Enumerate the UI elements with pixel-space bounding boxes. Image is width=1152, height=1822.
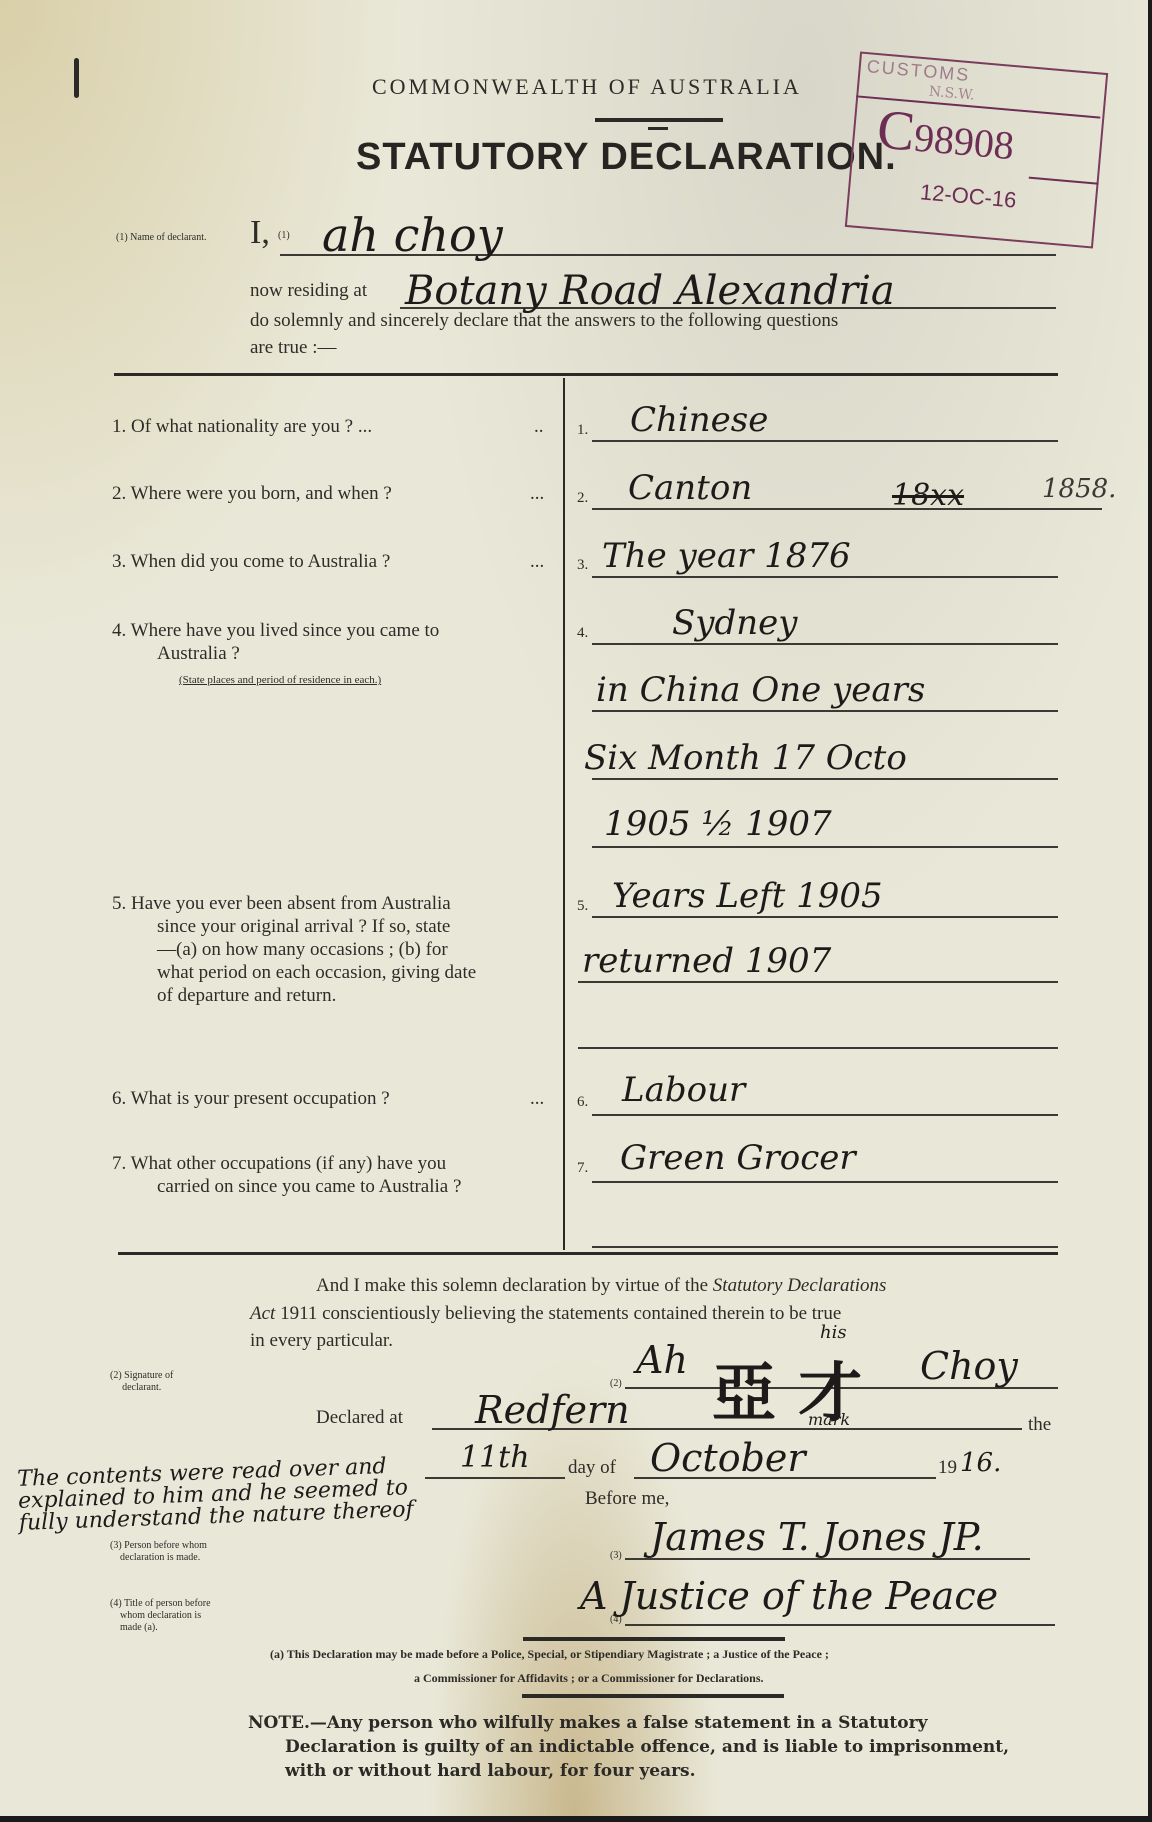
answer-4-line-2 [592,710,1058,712]
note-line3: with or without hard labour, for four ye… [285,1759,696,1783]
column-divider [563,378,565,1250]
question-1-dots: .. [534,416,544,438]
margin-note-title: (4) Title of person before whom declarat… [110,1598,211,1634]
note-line1: NOTE.—Any person who wilfully makes a fa… [248,1711,927,1735]
question-3: 3. When did you come to Australia ? [112,551,390,573]
declaration-line1: And I make this solemn declaration by vi… [316,1275,886,1297]
answer-5-field-2[interactable]: returned 1907 [582,943,831,979]
witness-title-line [625,1624,1055,1626]
question-5-line5: of departure and return. [157,985,336,1007]
answer-4-field-2[interactable]: in China One years [596,672,925,708]
answer-1-field[interactable]: Chinese [630,402,768,438]
answer-1-number: 1. [577,422,588,439]
signature-mark: mark [808,1410,850,1429]
question-5-line2: since your original arrival ? If so, sta… [157,916,450,938]
stamp-sub: N.S.W. [928,84,975,104]
declared-place-field[interactable]: Redfern [475,1388,630,1432]
residence-field[interactable]: Botany Road Alexandria [405,268,895,314]
note-line2: Declaration is guilty of an indictable o… [285,1735,1009,1759]
intro-line1: do solemnly and sincerely declare that t… [250,310,838,332]
signature-his: his [820,1322,847,1343]
residing-label: now residing at [250,280,367,302]
answer-7-line [592,1181,1058,1183]
question-2: 2. Where were you born, and when ? [112,483,392,505]
answer-2-year[interactable]: 1858. [1042,474,1116,504]
answer-4-field-4[interactable]: 1905 ½ 1907 [604,806,832,842]
answer-5-field[interactable]: Years Left 1905 [612,878,883,914]
question-5-line4: what period on each occasion, giving dat… [157,962,476,984]
declarant-prefix: I, [250,214,270,252]
answer-3-field[interactable]: The year 1876 [602,538,851,574]
question-5-line3: —(a) on how many occasions ; (b) for [157,939,448,961]
section-rule-top [114,373,1058,376]
question-2-dots: ... [530,483,544,505]
answer-4-line [592,643,1058,645]
section-rule-bottom [118,1252,1058,1255]
stamp-date: 12-OC-16 [919,179,1017,213]
answer-7-number: 7. [577,1160,588,1177]
footnote-line1: (a) This Declaration may be made before … [270,1648,829,1661]
answer-3-number: 3. [577,557,588,574]
answer-5-number: 5. [577,898,588,915]
declaration-line3: in every particular. [250,1330,393,1352]
answer-3-line [592,576,1058,578]
day-of-label: day of [568,1457,616,1479]
footnote-rule [523,1637,785,1641]
stamp-number: C98908 [875,97,1017,173]
answer-5-line [592,916,1058,918]
answer-2-struck-year: 18xx [892,478,964,513]
answer-4-line-3 [592,778,1058,780]
declaration-line2: Act 1911 conscientiously believing the s… [250,1303,841,1325]
answer-2-number: 2. [577,490,588,507]
margin-note-name: (1) Name of declarant. [116,232,207,244]
answer-2-line [592,508,1102,510]
answer-2-field[interactable]: Canton [628,470,752,506]
question-4: 4. Where have you lived since you came t… [112,620,439,642]
question-4-cont: Australia ? [157,643,240,665]
answer-4-field-3[interactable]: Six Month 17 Octo [584,740,907,776]
question-1: 1. Of what nationality are you ? ... [112,416,372,438]
footnote-marker: (1) [278,230,290,242]
witness-title-field[interactable]: A Justice of the Peace [580,1574,998,1618]
answer-7-line-2 [592,1246,1058,1248]
year-prefix: 19 [938,1457,957,1479]
margin-note-signature: (2) Signature ofdeclarant. [110,1370,173,1394]
question-6: 6. What is your present occupation ? [112,1088,390,1110]
answer-1-line [592,440,1058,442]
answer-5-line-3 [578,1047,1058,1049]
question-3-dots: ... [530,551,544,573]
day-field[interactable]: 11th [460,1440,530,1475]
stamp-rule [1029,177,1099,185]
answer-5-line-2 [578,981,1058,983]
country-heading: COMMONWEALTH OF AUSTRALIA [372,74,802,100]
question-4-note: (State places and period of residence in… [179,674,381,687]
question-5: 5. Have you ever been absent from Austra… [112,893,451,915]
declarant-name-field[interactable]: ah choy [322,208,503,262]
document-title: STATUTORY DECLARATION. [356,136,897,179]
answer-6-line [592,1114,1058,1116]
customs-stamp: CUSTOMS N.S.W. C98908 12-OC-16 [845,51,1108,248]
day-line [425,1477,565,1479]
question-7-cont: carried on since you came to Australia ? [157,1176,461,1198]
note-rule [522,1694,784,1698]
declared-at-label: Declared at [316,1407,403,1429]
footnote-line2: a Commissioner for Affidavits ; or a Com… [414,1672,764,1685]
answer-4-line-4 [592,846,1058,848]
stamp-label: CUSTOMS [866,56,971,86]
question-6-dots: ... [530,1088,544,1110]
statutory-declaration-document: COMMONWEALTH OF AUSTRALIA STATUTORY DECL… [0,0,1148,1816]
answer-4-number: 4. [577,625,588,642]
signature-left[interactable]: Ah [636,1338,688,1382]
interpreter-note: The contents were read over andexplained… [17,1455,414,1535]
witness-marker: (3) [610,1550,622,1562]
month-field[interactable]: October [650,1436,806,1480]
signature-right[interactable]: Choy [920,1344,1018,1388]
answer-6-number: 6. [577,1094,588,1111]
answer-7-field[interactable]: Green Grocer [620,1140,856,1176]
header-divider-dots [648,127,668,130]
witness-name-field[interactable]: James T. Jones JP. [650,1515,984,1559]
ink-mark [74,58,79,98]
answer-4-field[interactable]: Sydney [672,605,798,641]
question-7: 7. What other occupations (if any) have … [112,1153,446,1175]
year-field[interactable]: 16. [960,1448,1001,1478]
intro-line2: are true :— [250,337,337,359]
answer-6-field[interactable]: Labour [622,1072,745,1108]
margin-note-person: (3) Person before whom declaration is ma… [110,1540,207,1564]
header-divider [595,118,723,122]
declared-the: the [1028,1414,1051,1436]
before-me-label: Before me, [585,1488,669,1510]
